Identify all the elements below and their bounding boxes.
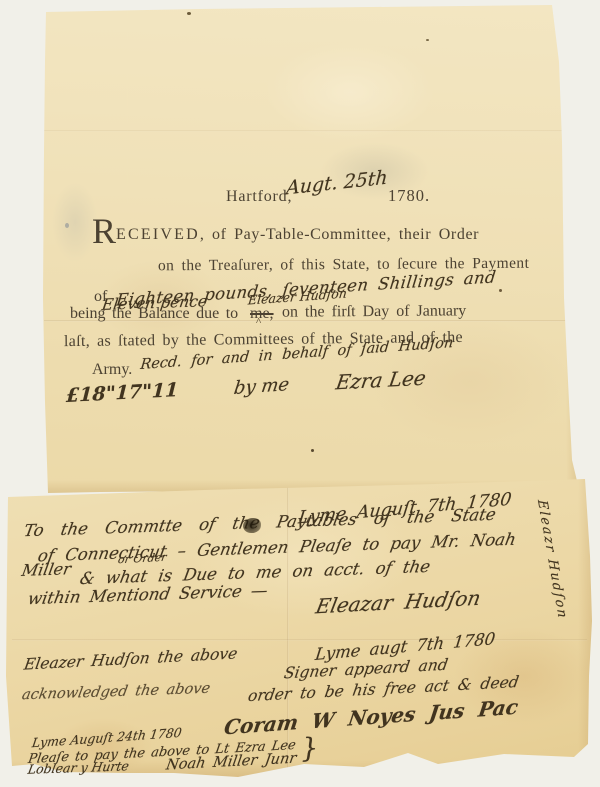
received-rest: of Pay-Table-Committee, their Order [212,214,479,244]
ack-line3-left: acknowledged the above [21,681,212,704]
endorse-brace: } [300,733,319,765]
printed-army: Army. [92,361,132,379]
order-signature-hudson: Eleazar Hudſon [314,586,483,619]
printed-line-being-a: being the Balance due to [70,305,238,323]
interline-caret: ^ [256,316,261,328]
printed-place: Hartford, [226,188,292,206]
received-caps: ECEIVED, [116,214,206,244]
paper-speck [499,289,502,292]
printed-struck-me: me, [250,305,274,323]
document-text: Hartford, Augt. 25th 1780. R ECEIVED, of… [0,0,600,787]
paper-speck [65,223,69,228]
order-line3-interline: or Order [117,551,167,567]
script-by-me: by me [233,374,291,399]
paper-speck [311,449,314,452]
order-line3-start: Miller [20,559,72,580]
order-line4: within Mentiond Service — [26,581,269,608]
docket-vertical-hudson: Eleazr Hudſon [534,500,570,620]
endorse-line2-left: Loblear y Hurte [27,758,131,777]
printed-line-received: R ECEIVED, of Pay-Table-Committee, their… [92,214,479,248]
ack-line1-left: Eleazer Hudſon the above [23,644,239,673]
photograph-of-documents: Hartford, Augt. 25th 1780. R ECEIVED, of… [0,0,600,787]
script-date: Augt. 25th [285,167,388,200]
paper-speck [426,39,429,41]
script-amount-figures: £18"17"11 [65,379,178,407]
script-signature-ezra-lee: Ezra Lee [334,366,428,395]
ink-blot [243,518,261,533]
printed-year: 1780. [388,186,430,206]
printed-line-being-b: on the firſt Day of January [282,302,466,321]
received-drop-cap: R [92,214,116,248]
paper-speck [187,12,191,15]
